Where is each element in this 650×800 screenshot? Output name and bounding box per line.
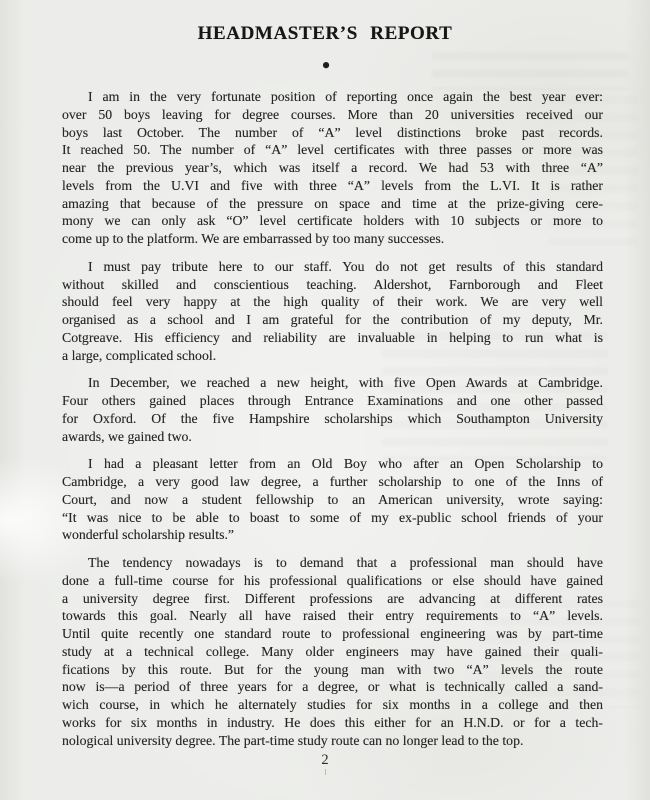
page-title: HEADMASTER’S REPORT [0, 24, 650, 43]
report-body: I am in the very fortunate position of r… [62, 88, 603, 749]
text-line: come up to the platform. We are embarras… [62, 230, 603, 248]
text-line: I must pay tribute here to our staff. Yo… [62, 258, 603, 276]
paragraph: I am in the very fortunate position of r… [62, 88, 603, 248]
text-line: organised as a school and I am grateful … [62, 311, 603, 329]
paragraph: In December, we reached a new height, wi… [62, 374, 603, 445]
text-line: a large, complicated school. [62, 347, 603, 365]
text-line: In December, we reached a new height, wi… [62, 374, 603, 392]
page-number: 2 [0, 752, 650, 775]
text-line: over 50 boys leaving for degree courses.… [62, 106, 603, 124]
text-line: wonderful scholarship results.” [62, 526, 603, 544]
text-line: Until quite recently one standard route … [62, 625, 603, 643]
text-line: Four others gained places through Entran… [62, 392, 603, 410]
text-line: towards this goal. Nearly all have raise… [62, 607, 603, 625]
text-line: for Oxford. Of the five Hampshire schola… [62, 410, 603, 428]
text-line: now is—a period of three years for a deg… [62, 678, 603, 696]
text-line: Court, and now a student fellowship to a… [62, 491, 603, 509]
text-line: done a full-time course for his professi… [62, 572, 603, 590]
text-line: Cotgreave. His efficiency and reliabilit… [62, 329, 603, 347]
text-line: wich course, in which he alternately stu… [62, 696, 603, 714]
text-line: fications by this route. But for the you… [62, 661, 603, 679]
text-line: study at a technical college. Many older… [62, 643, 603, 661]
text-line: nological university degree. The part-ti… [62, 732, 603, 750]
text-line: works for six months in industry. He doe… [62, 714, 603, 732]
text-line: “It was nice to be able to boast to some… [62, 509, 603, 527]
paragraph: I must pay tribute here to our staff. Yo… [62, 258, 603, 365]
text-line: It reached 50. The number of “A” level c… [62, 141, 603, 159]
paragraph: I had a pleasant letter from an Old Boy … [62, 455, 603, 544]
text-line: amazing that because of the pressure on … [62, 195, 603, 213]
text-line: I had a pleasant letter from an Old Boy … [62, 455, 603, 473]
text-line: should feel very happy at the high quali… [62, 293, 603, 311]
text-line: Cambridge, a very good law degree, a fur… [62, 473, 603, 491]
paragraph: The tendency nowadays is to demand that … [62, 554, 603, 749]
text-line: awards, we gained two. [62, 428, 603, 446]
separator-bullet-icon: • [2, 53, 650, 79]
text-line: mony we can only ask “O” level certifica… [62, 212, 603, 230]
text-line: The tendency nowadays is to demand that … [62, 554, 603, 572]
text-line: near the previous year’s, which was itse… [62, 159, 603, 177]
text-line: boys last October. The number of “A” lev… [62, 124, 603, 142]
text-line: levels from the U.VI and five with three… [62, 177, 603, 195]
scanned-document-page: HEADMASTER’S REPORT • I am in the very f… [0, 0, 650, 800]
text-line: a university degree first. Different pro… [62, 590, 603, 608]
text-line: without skilled and conscientious teachi… [62, 276, 603, 294]
text-line: I am in the very fortunate position of r… [62, 88, 603, 106]
